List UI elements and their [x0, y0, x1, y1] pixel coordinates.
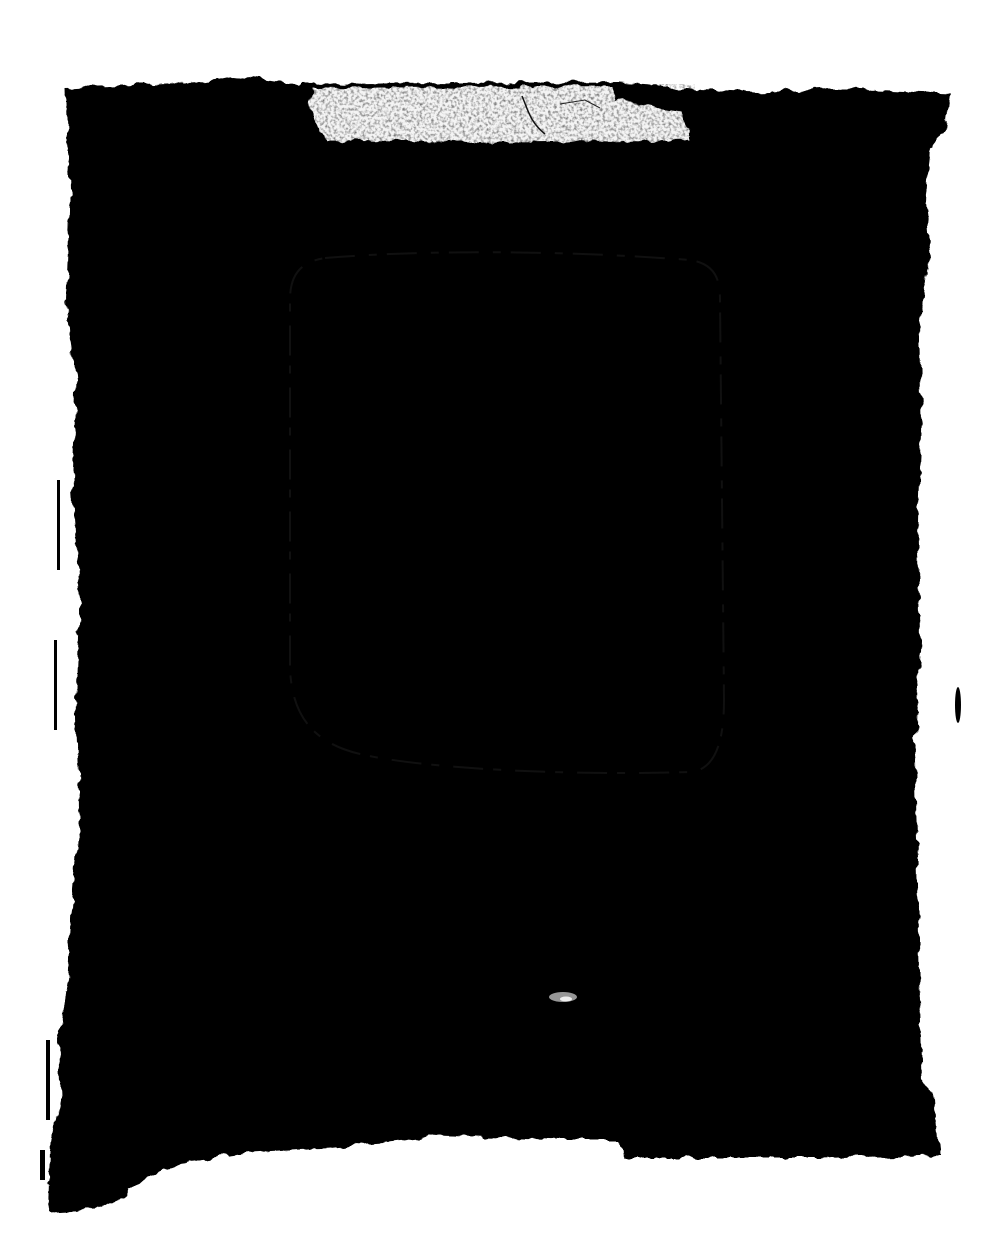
grunge-frame-artwork — [0, 0, 1000, 1250]
outer-grunge-frame — [48, 76, 950, 1212]
left-edge-fragments — [40, 480, 60, 1180]
right-edge-mark — [955, 687, 961, 723]
frame-svg — [0, 0, 1000, 1250]
small-light-speck — [549, 992, 577, 1002]
top-light-scratch-band — [305, 84, 695, 146]
